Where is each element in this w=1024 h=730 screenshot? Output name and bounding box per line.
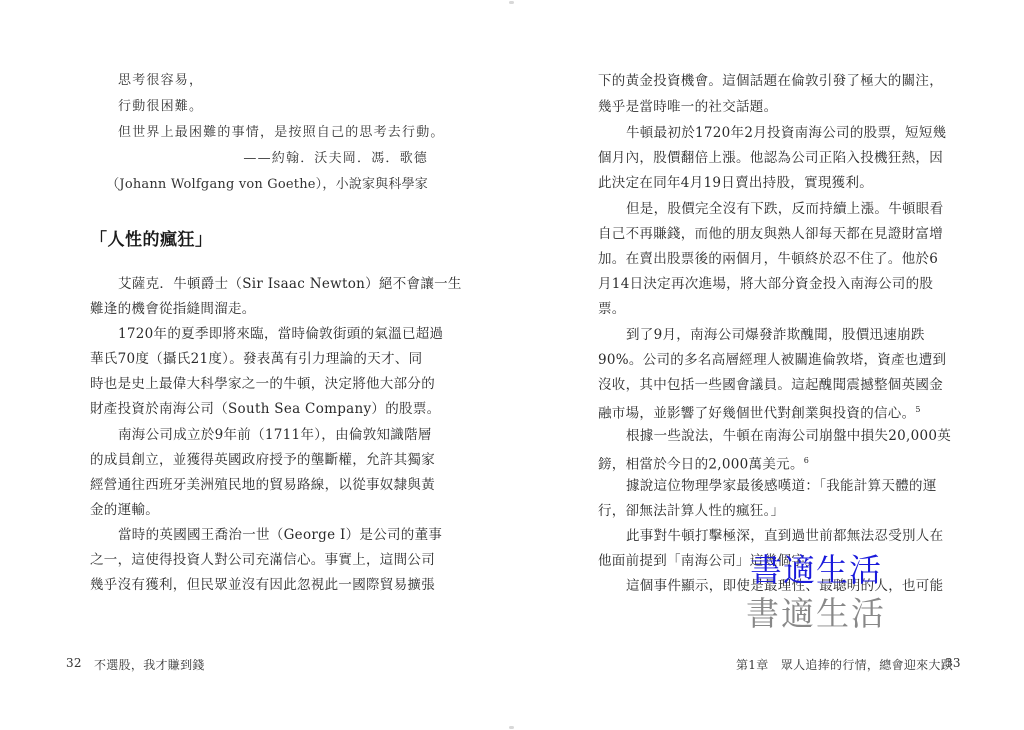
body-line: 行，卻無法計算人性的瘋狂。」	[598, 502, 784, 520]
body-line: 據說這位物理學家最後感嘆道：「我能計算天體的運	[626, 477, 937, 495]
body-line: 艾薩克．牛頓爵士（Sir Isaac Newton）絕不會讓一生	[118, 275, 462, 293]
epigraph-line-2: 行動很困難。	[118, 98, 203, 116]
body-line: 幾乎沒有獲利，但民眾並沒有因此忽視此一國際貿易擴張	[90, 576, 435, 594]
body-line: 月14日決定再次進場，將大部分資金投入南海公司的股	[598, 275, 933, 293]
epigraph-attribution-desc: （Johann Wolfgang von Goethe），小說家與科學家	[106, 176, 428, 194]
body-line: 融市場，並影響了好幾個世代對創業與投資的信心。5	[598, 401, 921, 423]
watermark-blue: 書適生活	[750, 545, 882, 591]
body-line: 南海公司成立於9年前（1711年），由倫敦知識階層	[118, 426, 432, 444]
body-line: 金的運輸。	[90, 501, 159, 519]
body-line: 的成員創立，並獲得英國政府授予的壟斷權，允許其獨家	[90, 451, 435, 469]
body-line: 牛頓最初於1720年2月投資南海公司的股票，短短幾	[626, 124, 946, 142]
body-line: 鎊，相當於今日的2,000萬美元。6	[598, 452, 809, 474]
body-line: 自己不再賺錢，而他的朋友與熟人卻每天都在見證財富增	[598, 225, 943, 243]
body-line: 幾乎是當時唯一的社交話題。	[598, 98, 777, 116]
body-line: 經營通往西班牙美洲殖民地的貿易路線，以從事奴隸與黃	[90, 476, 435, 494]
right-page-number: 33	[945, 656, 961, 670]
watermark-gray: 書適生活	[746, 588, 886, 635]
footnote-ref-6: 6	[804, 456, 809, 465]
footnote-ref-5: 5	[915, 405, 920, 414]
left-page: 思考很容易， 行動很困難。 但世界上最困難的事情，是按照自己的思考去行動。 ——…	[0, 0, 512, 730]
body-line: 此決定在同年4月19日賣出持股，實現獲利。	[598, 174, 873, 192]
body-line: 個月內，股價翻倍上漲。他認為公司正陷入投機狂熱，因	[598, 149, 943, 167]
epigraph-line-1: 思考很容易，	[118, 72, 203, 90]
body-line-text: 融市場，並影響了好幾個世代對創業與投資的信心。	[598, 406, 915, 422]
body-line: 票。	[598, 300, 626, 318]
section-heading: 「人性的瘋狂」	[90, 225, 213, 250]
epigraph-attribution-name: ——約翰．沃夫岡．馮．歌德	[243, 150, 428, 168]
epigraph-line-3: 但世界上最困難的事情，是按照自己的思考去行動。	[118, 124, 445, 142]
body-line: 但是，股價完全沒有下跌，反而持續上漲。牛頓眼看	[626, 200, 943, 218]
body-line: 1720年的夏季即將來臨，當時倫敦街頭的氣溫已超過	[118, 325, 443, 343]
body-line: 難逢的機會從指縫間溜走。	[90, 300, 256, 318]
left-page-number: 32	[66, 656, 82, 670]
body-line: 當時的英國國王喬治一世（George I）是公司的董事	[118, 526, 442, 544]
body-line-text: 鎊，相當於今日的2,000萬美元。	[598, 457, 804, 473]
body-line: 90%。公司的多名高層經理人被關進倫敦塔，資產也遭到	[598, 351, 946, 369]
left-running-title: 不選股，我才賺到錢	[94, 656, 205, 673]
right-running-title: 第1章 眾人追捧的行情，總會迎來大跌	[736, 656, 953, 673]
body-line: 財產投資於南海公司（South Sea Company）的股票。	[90, 400, 440, 418]
body-line: 之一，這使得投資人對公司充滿信心。事實上，這間公司	[90, 551, 435, 569]
body-line: 到了9月，南海公司爆發詐欺醜聞，股價迅速崩跌	[626, 326, 925, 344]
body-line: 時也是史上最偉大科學家之一的牛頓，決定將他大部分的	[90, 375, 435, 393]
body-line: 加。在賣出股票後的兩個月，牛頓終於忍不住了。他於6	[598, 250, 938, 268]
body-line: 此事對牛頓打擊極深，直到過世前都無法忍受別人在	[626, 527, 943, 545]
body-line: 沒收，其中包括一些國會議員。這起醜聞震撼整個英國金	[598, 376, 943, 394]
body-line: 華氏70度（攝氏21度）。發表萬有引力理論的天才、同	[90, 350, 422, 368]
body-line: 下的黃金投資機會。這個話題在倫敦引發了極大的關注，	[598, 72, 943, 90]
body-line: 根據一些說法，牛頓在南海公司崩盤中損失20,000英	[626, 427, 951, 445]
